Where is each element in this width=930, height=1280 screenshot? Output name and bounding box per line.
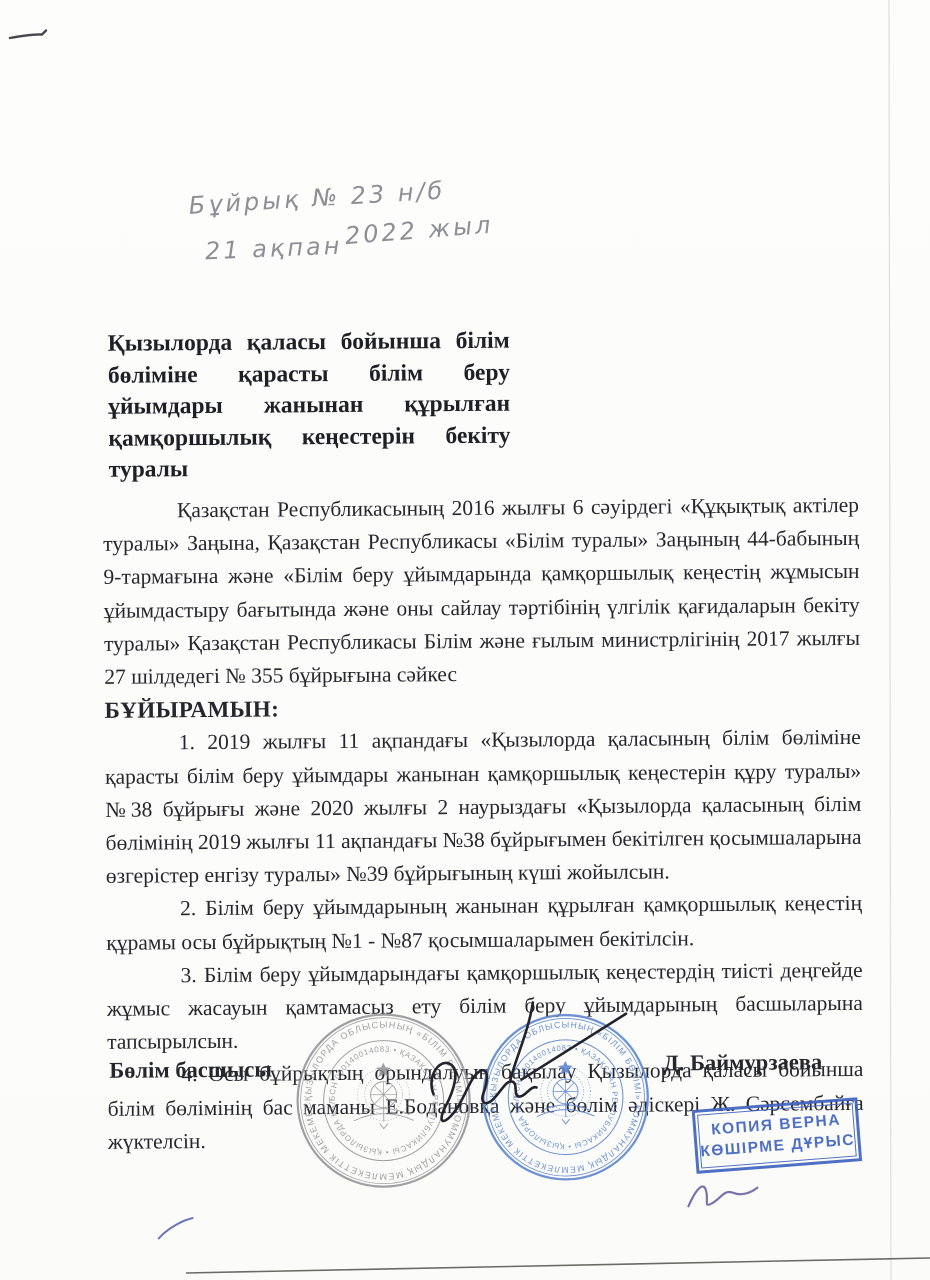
handwritten-date-year: 2022 жыл bbox=[344, 211, 494, 250]
ink-signature bbox=[413, 997, 654, 1129]
copy-stamp-line-2: КӨШІРМЕ ДҰРЫС bbox=[700, 1130, 856, 1163]
signer-position-label: Бөлім басшысы bbox=[109, 1057, 272, 1084]
document-content: Бұйрық № 23 н/б 21 ақпан 2022 жыл Қызыло… bbox=[0, 0, 930, 1280]
copy-certification-stamp: КОПИЯ ВЕРНА КӨШІРМЕ ДҰРЫС bbox=[692, 1097, 862, 1174]
signer-name: Д. Баймурзаева bbox=[663, 1049, 822, 1076]
copy-stamp-line-1: КОПИЯ ВЕРНА bbox=[710, 1110, 841, 1141]
document-title: Қызылорда қаласы бойынша білім бөліміне … bbox=[108, 326, 511, 487]
handwritten-order-number: Бұйрық № 23 н/б bbox=[188, 176, 446, 219]
order-item-2: 2. Білім беру ұйымдарының жанынан құрылғ… bbox=[106, 887, 862, 959]
handwritten-date-day: 21 ақпан bbox=[204, 232, 343, 266]
order-item-1: 1. 2019 жылғы 11 ақпандағы «Қызылорда қа… bbox=[105, 721, 862, 893]
scanned-document-page: Бұйрық № 23 н/б 21 ақпан 2022 жыл Қызыло… bbox=[0, 0, 930, 1280]
certifier-signature bbox=[680, 1168, 780, 1219]
intro-paragraph: Қазақстан Республикасының 2016 жылғы 6 с… bbox=[103, 489, 861, 694]
pen-mark-bottom-icon bbox=[155, 1214, 205, 1244]
